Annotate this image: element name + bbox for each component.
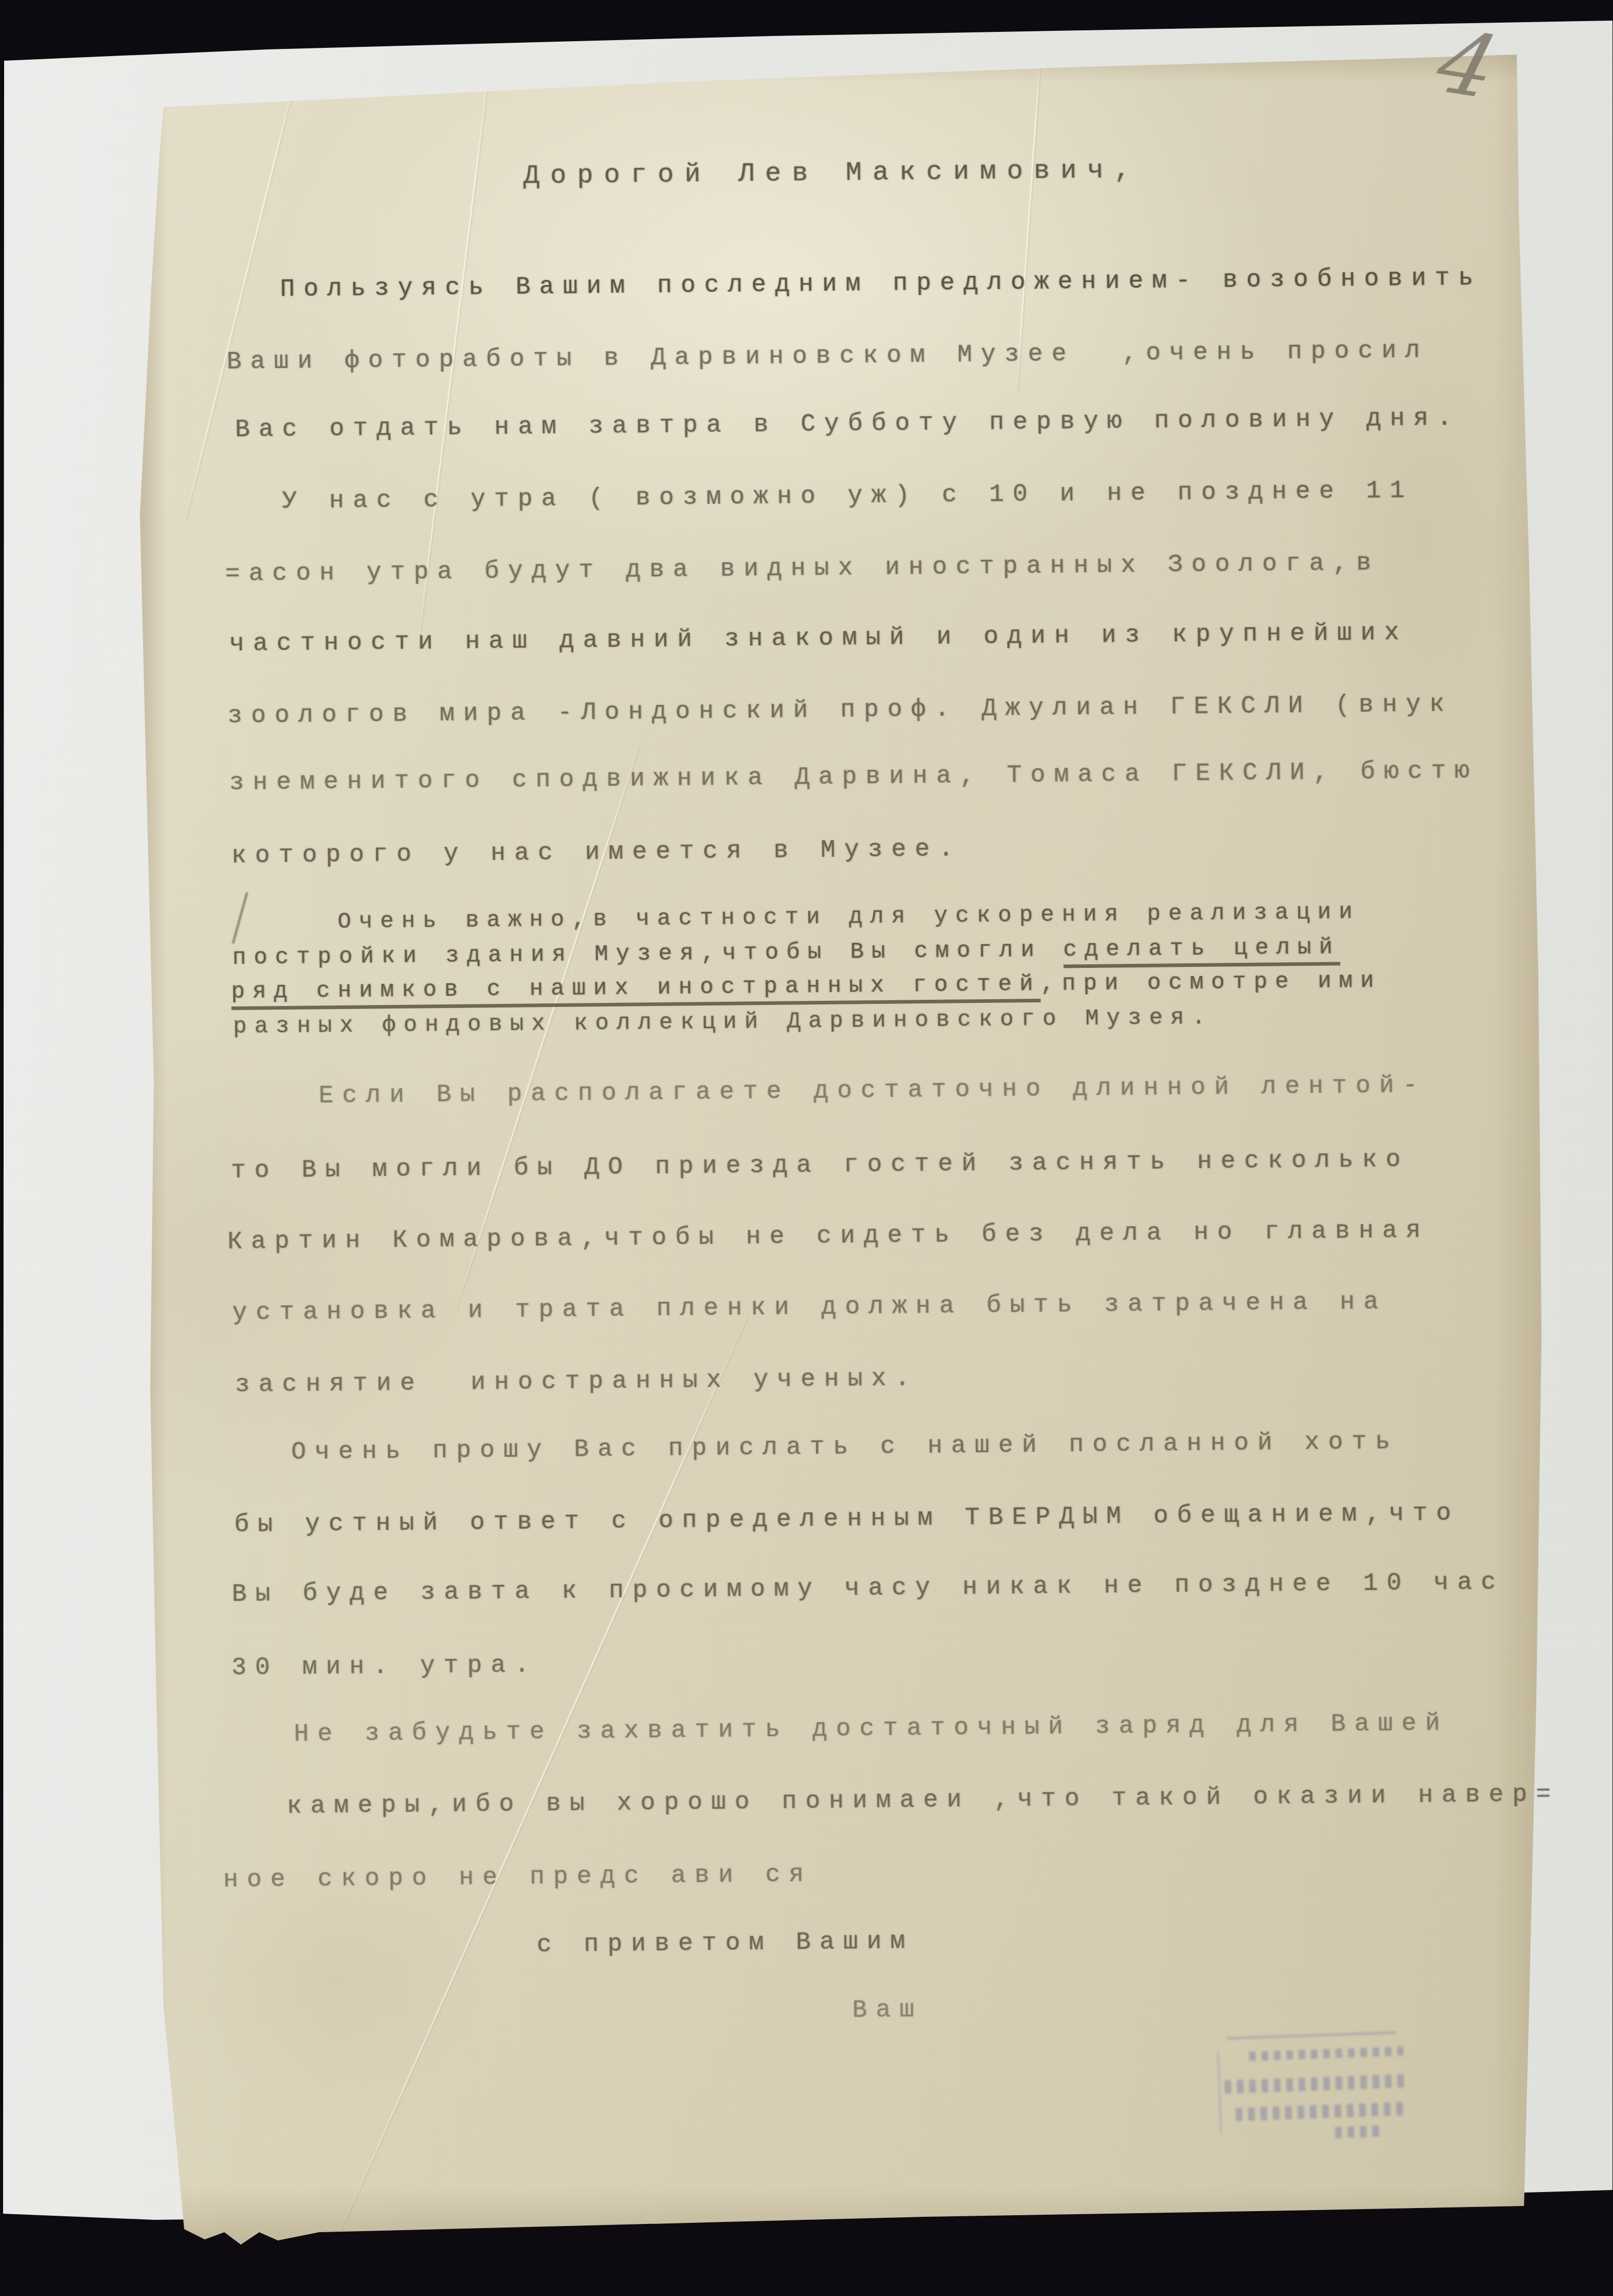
letter-line: Не забудьте захватить достаточный заряд … — [294, 1711, 1449, 1747]
letter-line: =асон утра будут два видных иностранных … — [225, 551, 1380, 587]
letter-line: установка и трата пленки должна быть зат… — [232, 1290, 1387, 1326]
letter-line: зоологов мира -Лондонский проф. Джулиан … — [227, 692, 1453, 729]
letter-line: Пользуясь Вашим последним предложением- … — [280, 266, 1482, 302]
line-segment: ,при осмотре ими — [1040, 968, 1381, 997]
underlined-segment: сделать целый — [1063, 934, 1340, 968]
letter-line: разных фондовых коллекций Дарвиновского … — [233, 1006, 1213, 1038]
letter-line: Вы буде завта к просимому часу никак не … — [232, 1570, 1504, 1607]
letter-line: постройки здания Музея,чтобы Вы смогли с… — [233, 936, 1340, 969]
letter-line: Картин Комарова,чтобы не сидеть без дела… — [227, 1218, 1429, 1255]
signature: Ваш — [852, 1998, 923, 2023]
stamp-text-row — [1249, 2046, 1404, 2061]
letter-line: Если Вы располагаете достаточно длинной … — [318, 1073, 1426, 1109]
archive-stamp — [1217, 2030, 1442, 2143]
scanned-letter-page: { "page_number": "4", "letter": { "salut… — [0, 0, 1613, 2296]
letter-line: Очень прошу Вас прислать с нашей посланн… — [291, 1429, 1399, 1465]
line-segment: постройки здания Музея,чтобы Вы смогли — [233, 937, 1063, 970]
underlined-segment: ряд снимков с наших иностранных гостей — [231, 972, 1041, 1010]
letter-line: которого у нас имеется в Музее. — [232, 837, 962, 869]
letter-line: то Вы могли бы ДО приезда гостей заснять… — [231, 1147, 1409, 1184]
letter-line: ное скоро не предс ави ся — [223, 1862, 813, 1893]
typewritten-text-layer: Дорогой Лев Максимович, Пользуясь Вашим … — [0, 0, 1613, 2296]
letter-line: заснятие иностранных ученых. — [235, 1366, 918, 1398]
letter-line: частности наш давний знакомый и один из … — [229, 621, 1408, 657]
letter-line: знеменитого сподвижника Дарвина, Томаса … — [229, 759, 1478, 796]
closing-line: с приветом Вашим — [537, 1929, 914, 1957]
letter-line: Вас отдать нам завтра в Субботу первую п… — [235, 406, 1461, 443]
letter-line: камеры,ибо вы хорошо понимаеи ,что такой… — [287, 1782, 1559, 1819]
stamp-text-row — [1224, 2074, 1410, 2094]
stamp-text-row — [1235, 2102, 1406, 2122]
letter-line: Ваши фотоработы в Дарвиновском Музее ,оч… — [226, 339, 1428, 375]
letter-line: У нас с утра ( возможно уж) с 10 и не по… — [282, 479, 1413, 514]
stamp-text-row — [1335, 2125, 1382, 2138]
pencil-slash-mark — [232, 892, 249, 944]
letter-line: ряд снимков с наших иностранных гостей,п… — [231, 970, 1381, 1003]
letter-line: Очень важно,в частности для ускорения ре… — [338, 901, 1360, 933]
letter-line: бы устный ответ с определенным ТВЕРДЫМ о… — [234, 1501, 1460, 1538]
salutation: Дорогой Лев Максимович, — [523, 157, 1141, 190]
letter-line: 30 мин. утра. — [232, 1653, 538, 1681]
